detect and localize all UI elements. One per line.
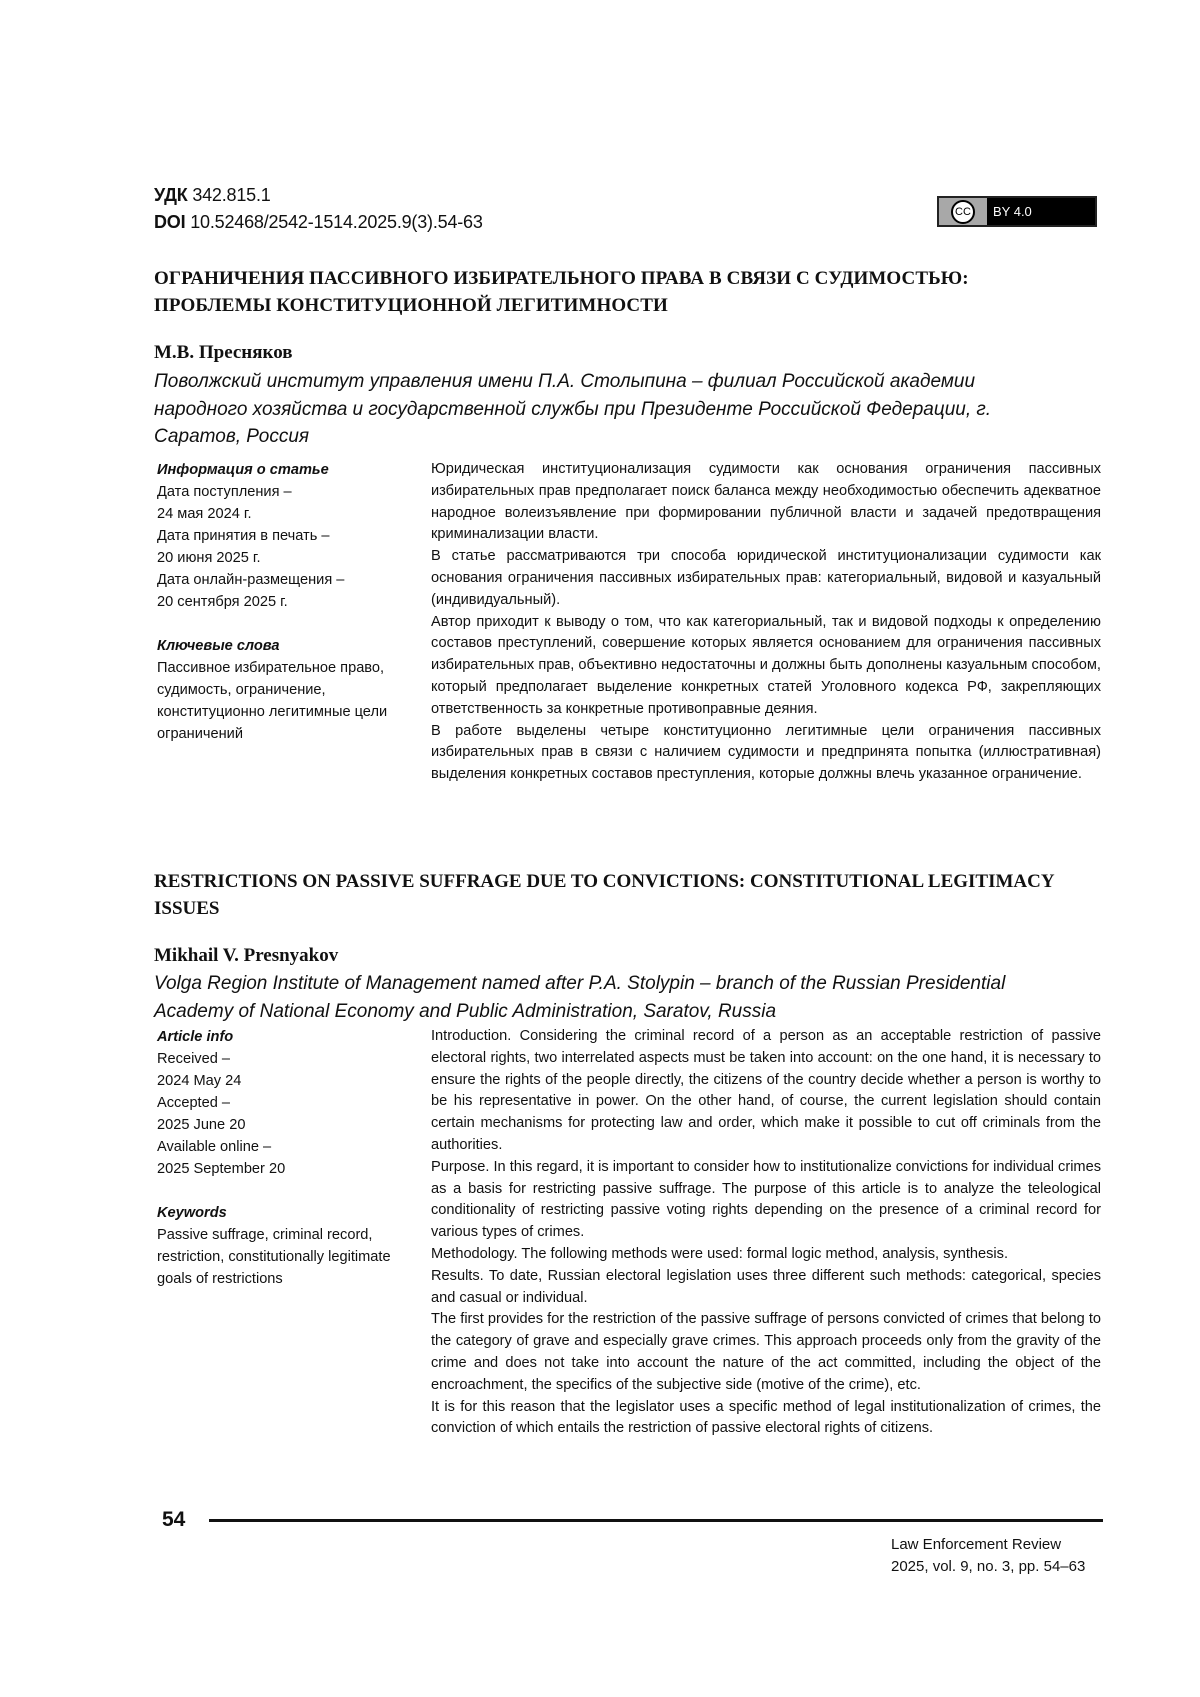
udk-value: 342.815.1 [192, 185, 270, 205]
footer-divider [209, 1519, 1103, 1522]
article-info-ru: Информация о статье Дата поступления – 2… [157, 459, 397, 745]
license-badge[interactable]: CC BY 4.0 [937, 196, 1097, 227]
info-line: Дата поступления – [157, 481, 397, 503]
abstract-paragraph: Introduction. Considering the criminal r… [431, 1026, 1101, 1157]
info-line: Received – [157, 1048, 397, 1070]
info-line: 2025 September 20 [157, 1158, 397, 1180]
affiliation-en: Volga Region Institute of Management nam… [154, 970, 1074, 1025]
info-line: 2025 June 20 [157, 1114, 397, 1136]
author-name-en: Mikhail V. Presnyakov [154, 945, 338, 967]
article-info-heading-ru: Информация о статье [157, 459, 397, 481]
journal-info: Law Enforcement Review 2025, vol. 9, no.… [891, 1534, 1085, 1578]
keywords-heading-en: Keywords [157, 1202, 397, 1224]
info-line: 24 мая 2024 г. [157, 503, 397, 525]
doi-label: DOI [154, 212, 185, 232]
journal-name: Law Enforcement Review [891, 1534, 1085, 1556]
abstract-ru: Юридическая институционализация судимост… [431, 459, 1101, 786]
abstract-paragraph: Автор приходит к выводу о том, что как к… [431, 612, 1101, 721]
journal-citation: 2025, vol. 9, no. 3, pp. 54–63 [891, 1556, 1085, 1578]
keywords-text-en: Passive suffrage, criminal record, restr… [157, 1224, 397, 1290]
abstract-paragraph: В работе выделены четыре конституционно … [431, 721, 1101, 786]
info-line: 20 сентября 2025 г. [157, 591, 397, 613]
article-info-heading-en: Article info [157, 1026, 397, 1048]
article-title-en: RESTRICTIONS ON PASSIVE SUFFRAGE DUE TO … [154, 868, 1054, 922]
info-line: Дата принятия в печать – [157, 525, 397, 547]
abstract-paragraph: Purpose. In this regard, it is important… [431, 1157, 1101, 1244]
article-title-ru: ОГРАНИЧЕНИЯ ПАССИВНОГО ИЗБИРАТЕЛЬНОГО ПР… [154, 265, 1054, 319]
udk-line: УДК 342.815.1 [154, 182, 483, 209]
license-text: BY 4.0 [987, 204, 1032, 219]
info-line: 20 июня 2025 г. [157, 547, 397, 569]
keywords-text-ru: Пассивное избирательное право, судимость… [157, 657, 397, 745]
keywords-heading-ru: Ключевые слова [157, 635, 397, 657]
info-line: Дата онлайн-размещения – [157, 569, 397, 591]
abstract-paragraph: В статье рассматриваются три способа юри… [431, 546, 1101, 611]
info-line: 2024 May 24 [157, 1070, 397, 1092]
udk-label: УДК [154, 185, 188, 205]
abstract-en: Introduction. Considering the criminal r… [431, 1026, 1101, 1440]
abstract-paragraph: It is for this reason that the legislato… [431, 1397, 1101, 1441]
abstract-paragraph: Results. To date, Russian electoral legi… [431, 1266, 1101, 1310]
page-number: 54 [162, 1508, 185, 1532]
abstract-paragraph: The first provides for the restriction o… [431, 1309, 1101, 1396]
creative-commons-icon: CC [951, 200, 975, 224]
author-name-ru: М.В. Пресняков [154, 342, 293, 364]
article-info-en: Article info Received – 2024 May 24 Acce… [157, 1026, 397, 1290]
affiliation-ru: Поволжский институт управления имени П.А… [154, 368, 1054, 451]
doi-line: DOI 10.52468/2542-1514.2025.9(3).54-63 [154, 209, 483, 236]
abstract-paragraph: Юридическая институционализация судимост… [431, 459, 1101, 546]
doi-link[interactable]: 10.52468/2542-1514.2025.9(3).54-63 [190, 212, 482, 232]
udk-doi-block: УДК 342.815.1 DOI 10.52468/2542-1514.202… [154, 182, 483, 236]
info-line: Available online – [157, 1136, 397, 1158]
abstract-paragraph: Methodology. The following methods were … [431, 1244, 1101, 1266]
info-line: Accepted – [157, 1092, 397, 1114]
